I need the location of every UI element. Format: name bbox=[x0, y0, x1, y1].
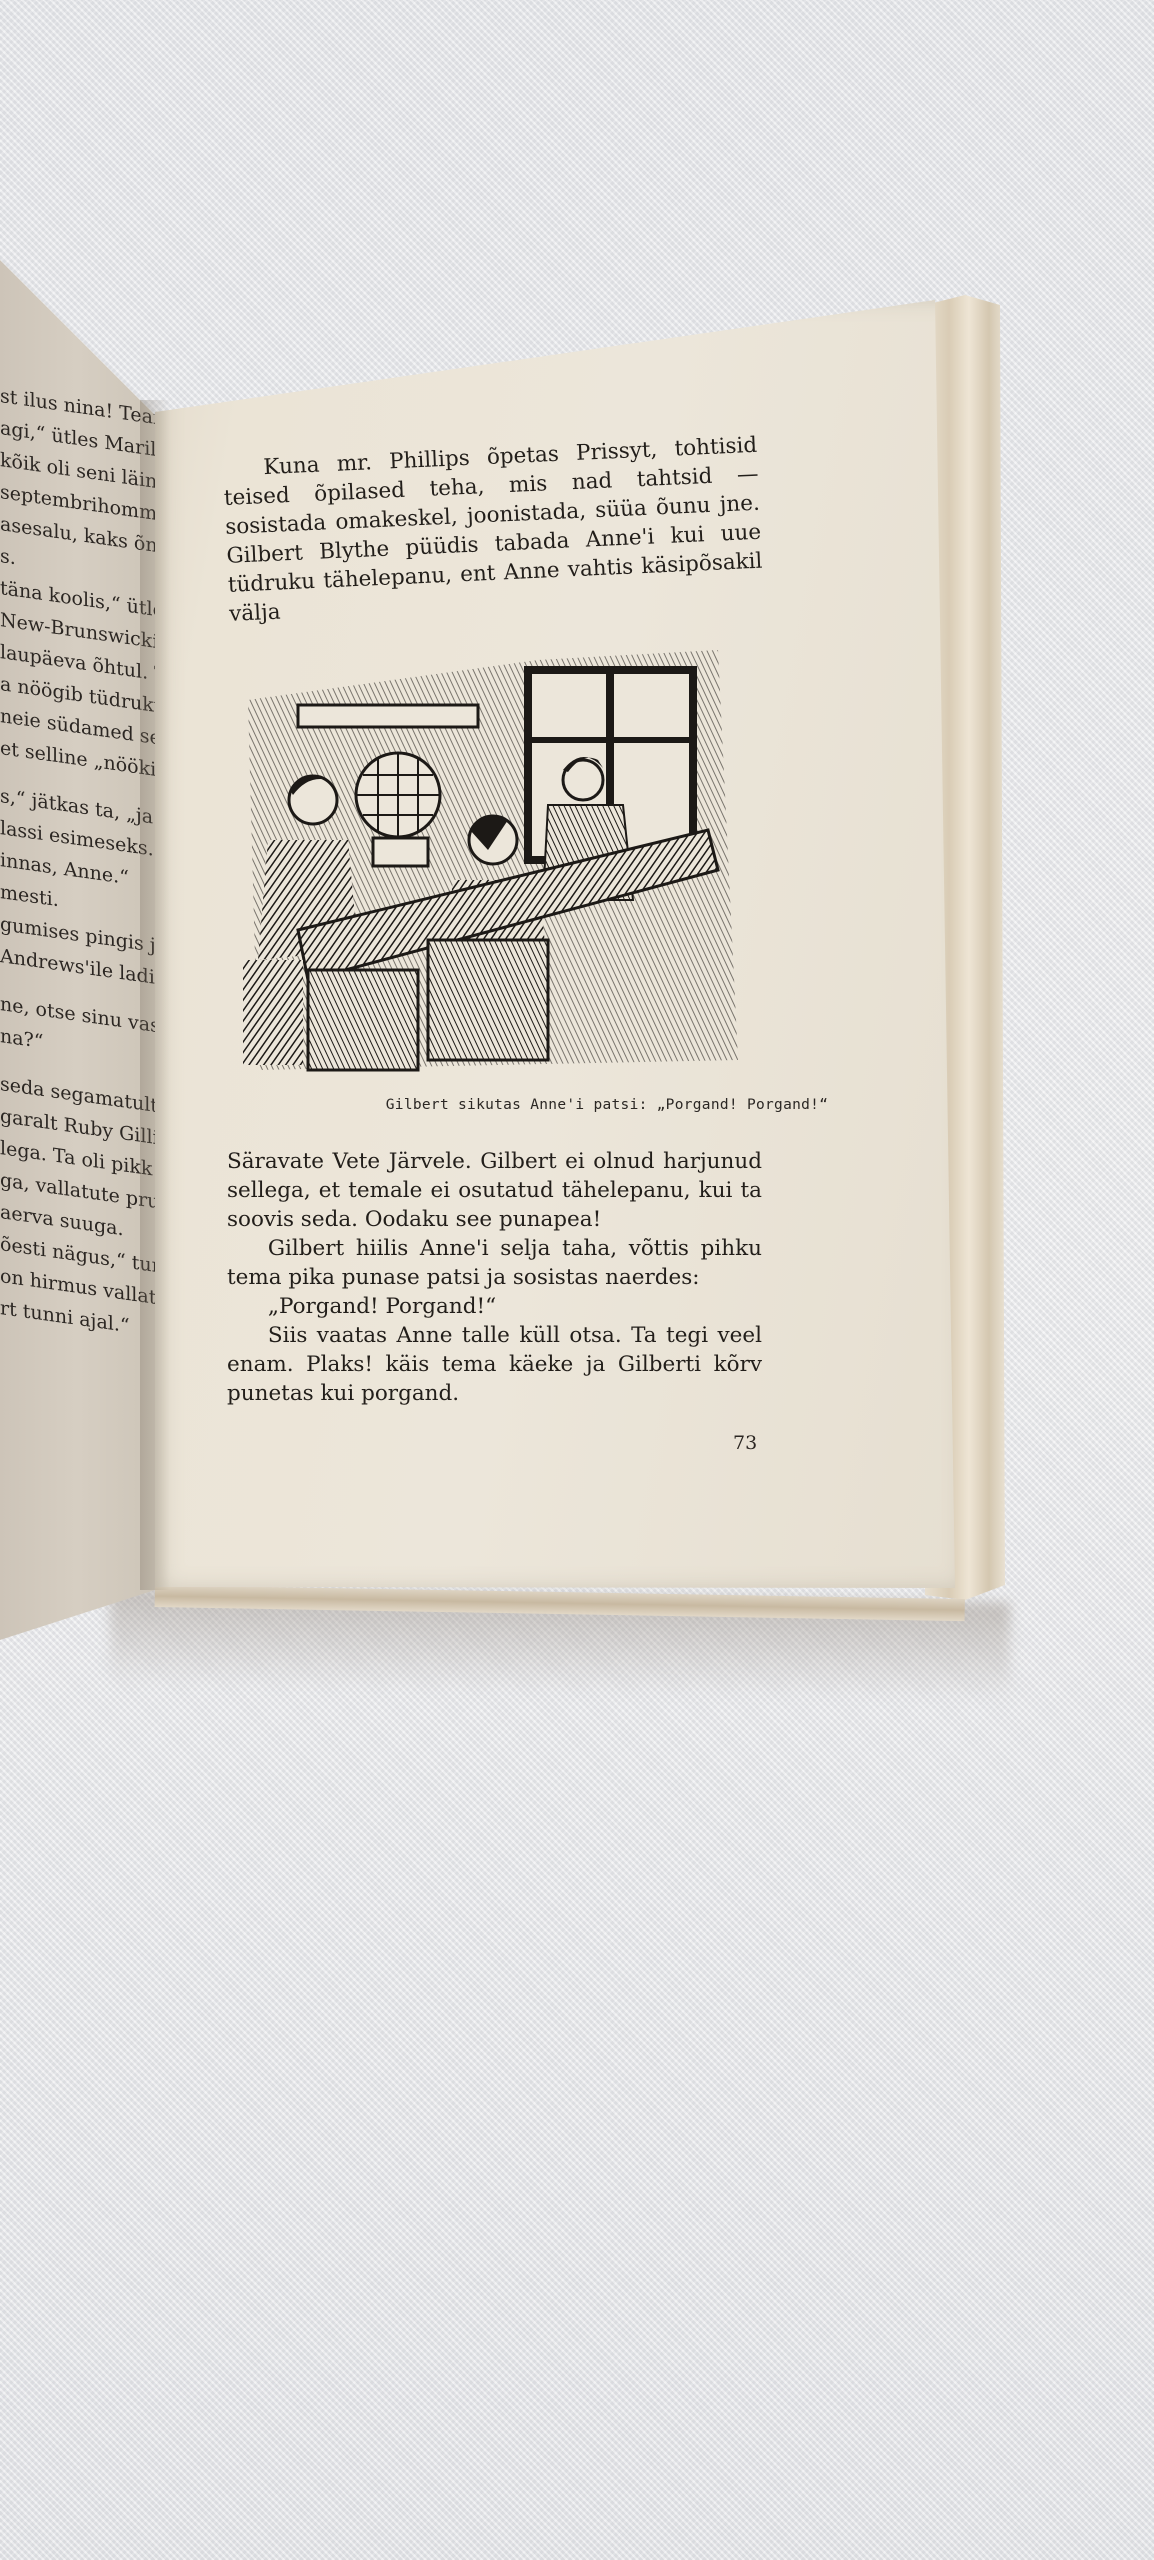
illustration-caption: Gilbert sikutas Anne'i patsi: „Porgand! … bbox=[0, 1097, 1154, 1113]
paragraph: Kuna mr. Phillips õpetas Prissyt, tohtis… bbox=[222, 431, 764, 629]
left-page-text: st ilus nina! Tean, agi,“ ütles Marilla … bbox=[0, 380, 155, 1352]
spine-shadow bbox=[140, 400, 170, 1590]
paragraph: Siis vaatas Anne talle küll otsa. Ta teg… bbox=[227, 1321, 762, 1408]
paragraph: Säravate Vete Järvele. Gilbert ei olnud … bbox=[227, 1147, 762, 1234]
paragraph: „Porgand! Porgand!“ bbox=[227, 1292, 762, 1321]
paragraph: Gilbert hiilis Anne'i selja taha, võttis… bbox=[227, 1234, 762, 1292]
left-page: st ilus nina! Tean, agi,“ ütles Marilla … bbox=[0, 230, 155, 1640]
top-text-block: Kuna mr. Phillips õpetas Prissyt, tohtis… bbox=[222, 431, 764, 629]
classroom-illustration bbox=[238, 640, 743, 1080]
page-number: 73 bbox=[733, 1432, 757, 1454]
bottom-text-block: Säravate Vete Järvele. Gilbert ei olnud … bbox=[227, 1147, 762, 1408]
